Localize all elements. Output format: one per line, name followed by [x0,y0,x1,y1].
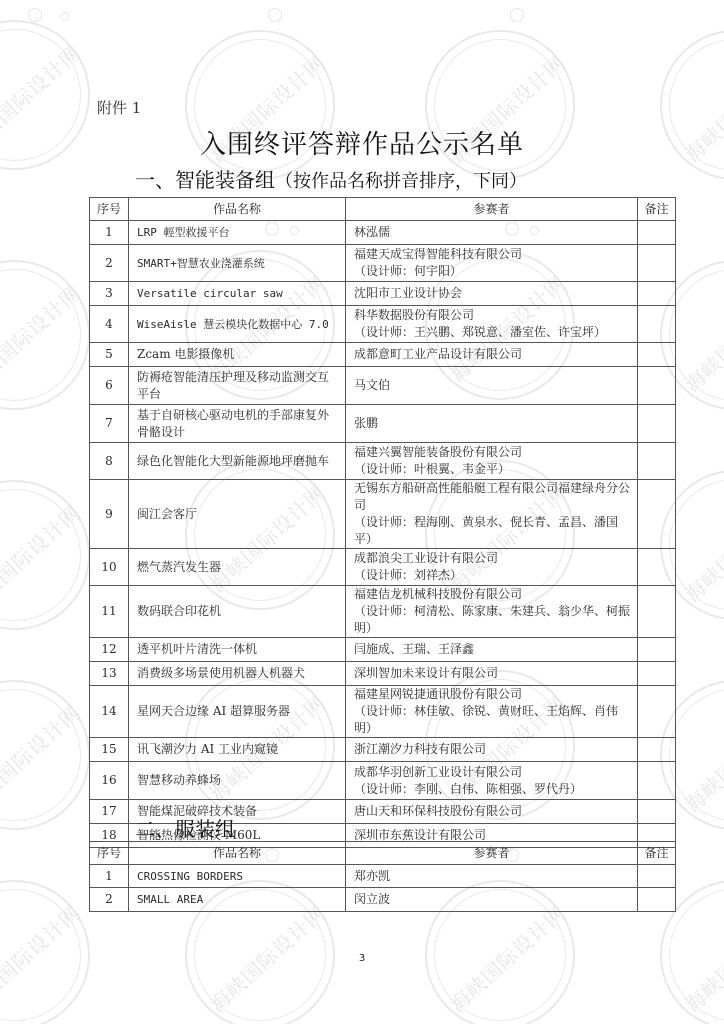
entrant: 深圳智加未来设计有限公司 [346,662,638,686]
remark [638,800,676,824]
designers: （设计师：叶根翼、韦金平） [354,461,631,478]
entrant-cell: 福建兴翼智能装备股份有限公司（设计师：叶根翼、韦金平） [346,443,638,480]
entrant-cell: 福建天成宝得智能科技有限公司（设计师：何宇阳） [346,245,638,282]
entrant: 马文伯 [346,367,638,405]
work-name: CROSSING BORDERS [129,865,346,888]
section-heading-text: 二、服装组 [135,817,235,841]
remark [638,865,676,888]
entrant-cell: 科华数据股份有限公司（设计师：王兴鹏、郑锐意、潘室佐、许宝坪） [346,306,638,343]
designers: （设计师：何宇阳） [354,263,631,280]
column-header-remark: 备注 [638,842,676,865]
row-no: 12 [90,638,129,662]
designers: （设计师：程海刚、黄泉水、倪长青、孟昌、潘国平） [354,514,631,548]
designers: （设计师：李刚、白伟、陈相强、罗代丹） [354,781,631,798]
entrant: 郑亦凯 [346,865,638,888]
table-row: 7基于自研核心驱动电机的手部康复外骨骼设计张鹏 [90,405,676,443]
work-name: 透平机叶片清洗一体机 [129,638,346,662]
table-row: 6防褥疮智能清压护理及移动监测交互平台马文伯 [90,367,676,405]
entrant: 成都意町工业产品设计有限公司 [346,343,638,367]
remark [638,638,676,662]
document-page: 附件 1 入围终评答辩作品公示名单 一、智能装备组（按作品名称拼音排序，下同） … [0,0,724,1024]
work-name: Versatile circular saw [129,282,346,306]
column-header-remark: 备注 [638,198,676,221]
column-header-no: 序号 [90,198,129,221]
remark [638,888,676,912]
entrant: 成都浪尖工业设计有限公司 [354,551,498,565]
entrant-cell: 成都浪尖工业设计有限公司（设计师：刘祥杰） [346,549,638,586]
section-heading-smart-equipment: 一、智能装备组（按作品名称拼音排序，下同） [135,164,527,193]
entrant: 浙江潮汐力科技有限公司 [346,738,638,762]
row-no: 1 [90,221,129,245]
remark [638,443,676,480]
column-header-no: 序号 [90,842,129,865]
entrant: 福建天成宝得智能科技有限公司 [354,247,522,261]
column-header-name: 作品名称 [129,198,346,221]
remark [638,405,676,443]
table-row: 10燃气蒸汽发生器成都浪尖工业设计有限公司（设计师：刘祥杰） [90,549,676,586]
table-row: 4WiseAisle 慧云模块化数据中心 7.0科华数据股份有限公司（设计师：王… [90,306,676,343]
entrant-cell: 福建星网锐捷通讯股份有限公司（设计师：林佳敏、徐锐、黄财旺、王焰辉、肖伟明） [346,686,638,738]
entrant: 闵立波 [346,888,638,912]
table-row: 1LRP 輕型救援平台林泓儒 [90,221,676,245]
row-no: 17 [90,800,129,824]
remark [638,306,676,343]
entrant-cell: 成都华羽创新工业设计有限公司（设计师：李刚、白伟、陈相强、罗代丹） [346,762,638,800]
designers: （设计师：柯清松、陈家康、朱建兵、翁少华、柯振明） [354,603,631,637]
row-no: 3 [90,282,129,306]
entrant: 科华数据股份有限公司 [354,308,474,322]
entrant-cell: 无锡东方船研高性能船艇工程有限公司福建绿舟分公司（设计师：程海刚、黄泉水、倪长青… [346,480,638,549]
work-name: 消费级多场景使用机器人机器犬 [129,662,346,686]
designers: （设计师：刘祥杰） [354,567,631,584]
remark [638,586,676,638]
entrant-cell: 福建佶龙机械科技股份有限公司（设计师：柯清松、陈家康、朱建兵、翁少华、柯振明） [346,586,638,638]
row-no: 15 [90,738,129,762]
table-row: 15讯飞潮汐力 AI 工业内窥镜浙江潮汐力科技有限公司 [90,738,676,762]
apparel-table: 序号 作品名称 参赛者 备注 1CROSSING BORDERS郑亦凯 2SMA… [89,841,676,912]
row-no: 6 [90,367,129,405]
row-no: 1 [90,865,129,888]
attachment-label: 附件 1 [97,97,141,118]
column-header-entrant: 参赛者 [346,842,638,865]
table-row: 9闽江会客厅无锡东方船研高性能船艇工程有限公司福建绿舟分公司（设计师：程海刚、黄… [90,480,676,549]
row-no: 11 [90,586,129,638]
work-name: 数码联合印花机 [129,586,346,638]
column-header-name: 作品名称 [129,842,346,865]
table-row: 8绿色化智能化大型新能源地坪磨抛车福建兴翼智能装备股份有限公司（设计师：叶根翼、… [90,443,676,480]
designers: （设计师：王兴鹏、郑锐意、潘室佐、许宝坪） [354,324,631,341]
work-name: 闽江会客厅 [129,480,346,549]
remark [638,480,676,549]
table-header-row: 序号 作品名称 参赛者 备注 [90,198,676,221]
column-header-entrant: 参赛者 [346,198,638,221]
work-name: SMALL AREA [129,888,346,912]
row-no: 2 [90,888,129,912]
row-no: 10 [90,549,129,586]
row-no: 14 [90,686,129,738]
work-name: LRP 輕型救援平台 [129,221,346,245]
row-no: 13 [90,662,129,686]
page-number: 3 [0,953,724,964]
table-row: 12透平机叶片清洗一体机闫施成、王瑞、王泽鑫 [90,638,676,662]
table-row: 1CROSSING BORDERS郑亦凯 [90,865,676,888]
row-no: 8 [90,443,129,480]
row-no: 9 [90,480,129,549]
table-row: 5Zcam 电影摄像机成都意町工业产品设计有限公司 [90,343,676,367]
section-heading-note: （按作品名称拼音排序，下同） [275,171,527,192]
work-name: 星网天合边缘 AI 超算服务器 [129,686,346,738]
work-name: 讯飞潮汐力 AI 工业内窥镜 [129,738,346,762]
work-name: 燃气蒸汽发生器 [129,549,346,586]
row-no: 5 [90,343,129,367]
remark [638,686,676,738]
section-heading-text: 一、智能装备组 [135,168,275,192]
entrant: 福建佶龙机械科技股份有限公司 [354,587,522,601]
table-row: 2SMART+智慧农业浇灌系统福建天成宝得智能科技有限公司（设计师：何宇阳） [90,245,676,282]
section-heading-apparel: 二、服装组 [135,813,235,842]
remark [638,367,676,405]
work-name: 基于自研核心驱动电机的手部康复外骨骼设计 [129,405,346,443]
entrant: 无锡东方船研高性能船艇工程有限公司福建绿舟分公司 [354,481,630,512]
entrant: 林泓儒 [346,221,638,245]
row-no: 16 [90,762,129,800]
row-no: 4 [90,306,129,343]
remark [638,221,676,245]
remark [638,762,676,800]
entrant: 闫施成、王瑞、王泽鑫 [346,638,638,662]
work-name: 绿色化智能化大型新能源地坪磨抛车 [129,443,346,480]
table-row: 13消费级多场景使用机器人机器犬深圳智加未来设计有限公司 [90,662,676,686]
entrant: 成都华羽创新工业设计有限公司 [354,765,522,779]
table-row: 3Versatile circular saw沈阳市工业设计协会 [90,282,676,306]
work-name: WiseAisle 慧云模块化数据中心 7.0 [129,306,346,343]
designers: （设计师：林佳敏、徐锐、黄财旺、王焰辉、肖伟明） [354,703,631,737]
table-row: 11数码联合印花机福建佶龙机械科技股份有限公司（设计师：柯清松、陈家康、朱建兵、… [90,586,676,638]
table-row: 2SMALL AREA闵立波 [90,888,676,912]
entrant: 唐山天和环保科技股份有限公司 [346,800,638,824]
remark [638,662,676,686]
entrant: 福建星网锐捷通讯股份有限公司 [354,687,522,701]
work-name: Zcam 电影摄像机 [129,343,346,367]
row-no: 2 [90,245,129,282]
remark [638,282,676,306]
remark [638,738,676,762]
remark [638,245,676,282]
table-row: 14星网天合边缘 AI 超算服务器福建星网锐捷通讯股份有限公司（设计师：林佳敏、… [90,686,676,738]
table-row: 16智慧移动养蜂场成都华羽创新工业设计有限公司（设计师：李刚、白伟、陈相强、罗代… [90,762,676,800]
smart-equipment-table: 序号 作品名称 参赛者 备注 1LRP 輕型救援平台林泓儒 2SMART+智慧农… [89,197,676,848]
remark [638,343,676,367]
table-header-row: 序号 作品名称 参赛者 备注 [90,842,676,865]
entrant: 福建兴翼智能装备股份有限公司 [354,445,522,459]
work-name: 智慧移动养蜂场 [129,762,346,800]
entrant: 张鹏 [346,405,638,443]
row-no: 7 [90,405,129,443]
work-name: SMART+智慧农业浇灌系统 [129,245,346,282]
remark [638,549,676,586]
work-name: 防褥疮智能清压护理及移动监测交互平台 [129,367,346,405]
entrant: 沈阳市工业设计协会 [346,282,638,306]
document-title: 入围终评答辩作品公示名单 [0,124,724,161]
